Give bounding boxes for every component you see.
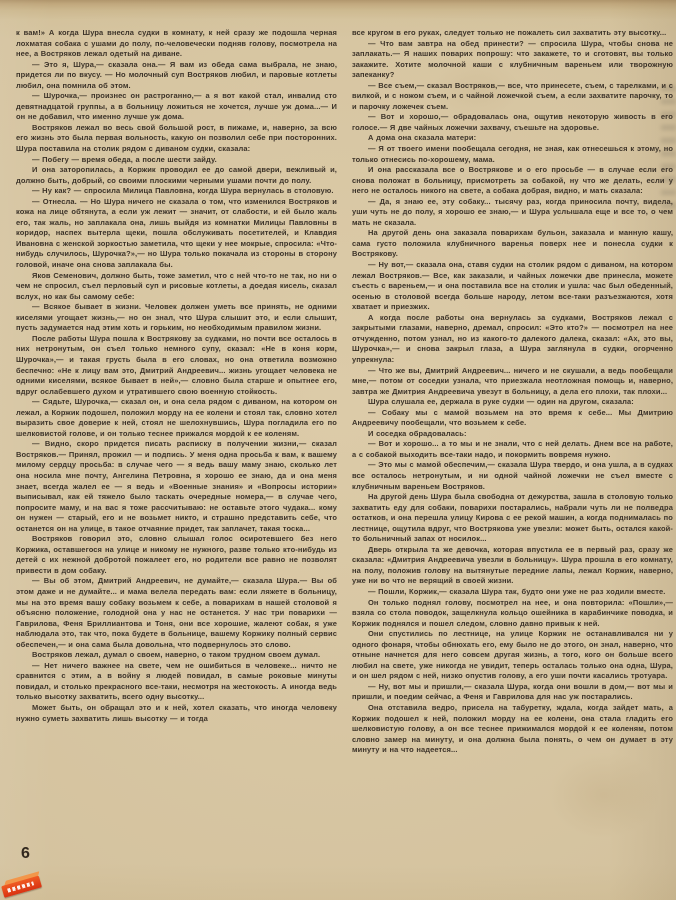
- paragraph: И она рассказала все о Вострякове и о ег…: [352, 165, 673, 197]
- paragraph: — Что вам завтра на обед принести? — спр…: [352, 39, 673, 81]
- paragraph: — Видно, скоро придется писать расписку …: [16, 439, 337, 534]
- paragraph: — Что же вы, Дмитрий Андреевич... ничего…: [352, 366, 673, 398]
- paragraph: — Нет ничего важнее на свете, чем не оши…: [16, 661, 337, 703]
- paragraph: — Ну как? — спросила Милица Павловна, ко…: [16, 186, 337, 197]
- paragraph: А когда после работы она вернулась за су…: [352, 313, 673, 366]
- logo-lettering: [7, 881, 34, 892]
- paragraph: — Собаку мы с мамой возьмем на это время…: [352, 408, 673, 429]
- paragraph: На другой день Шура была свободна от деж…: [352, 492, 673, 545]
- left-column: к вам!» А когда Шура внесла судки в комн…: [16, 28, 337, 756]
- paragraph: — Я от твоего имени пообещала сегодня, н…: [352, 144, 673, 165]
- paragraph: Шура слушала ее, держала в руке судки — …: [352, 397, 673, 408]
- paragraph: И соседка обрадовалась:: [352, 429, 673, 440]
- paragraph: — Вы об этом, Дмитрий Андреевич, не дума…: [16, 576, 337, 650]
- text-columns: к вам!» А когда Шура внесла судки в комн…: [16, 28, 673, 756]
- paper-stain: [548, 752, 660, 838]
- paragraph: Востряков лежал во весь свой большой рос…: [16, 123, 337, 155]
- paragraph: Он только поднял голову, посмотрел на не…: [352, 598, 673, 630]
- paragraph: — Ну, вот мы и пришли,— сказала Шура, ко…: [352, 682, 673, 703]
- paragraph: — Вот и хорошо... а то мы и не знали, чт…: [352, 439, 673, 460]
- paragraph: — Отнесла. — Но Шура ничего не сказала о…: [16, 197, 337, 271]
- paragraph: — Всякое бывает в жизни. Человек должен …: [16, 302, 337, 334]
- paragraph: — Сядьте, Шурочка,— сказал он, и она сел…: [16, 397, 337, 439]
- paragraph: к вам!» А когда Шура внесла судки в комн…: [16, 28, 337, 60]
- paragraph: Дверь открыла та же девочка, которая впу…: [352, 545, 673, 587]
- paragraph: — Шурочка,— произнес он растроганно,— а …: [16, 91, 337, 123]
- magazine-page: к вам!» А когда Шура внесла судки в комн…: [0, 0, 676, 900]
- paragraph: Востряков лежал, думал о своем, наверно,…: [16, 650, 337, 661]
- paragraph: — Ну вот,— сказала она, ставя судки на с…: [352, 260, 673, 313]
- paragraph: — Это я, Шура,— сказала она.— Я вам из о…: [16, 60, 337, 92]
- page-number: 6: [21, 845, 30, 863]
- paragraph: Может быть, он обращал это и к ней, хоте…: [16, 703, 337, 724]
- paragraph: Она отставила ведро, присела на табуретк…: [352, 703, 673, 756]
- paragraph: все кругом в его руках, следует только н…: [352, 28, 673, 39]
- paragraph: — Все съем,— сказал Востряков,— все, что…: [352, 81, 673, 113]
- paragraph: — Пошли, Коржик,— сказала Шура так, будт…: [352, 587, 673, 598]
- publisher-logo-icon: [0, 870, 48, 900]
- paragraph: После работы Шура пошла к Вострякову за …: [16, 334, 337, 397]
- paragraph: Востряков говорил это, словно слышал гол…: [16, 534, 337, 576]
- paragraph: — Побегу — время обеда, а после шести за…: [16, 155, 337, 166]
- paragraph: На другой день она заказала поварихам бу…: [352, 228, 673, 260]
- paragraph: — Это мы с мамой обеспечим,— сказала Шур…: [352, 460, 673, 492]
- right-column: все кругом в его руках, следует только н…: [352, 28, 673, 756]
- paragraph: И она заторопилась, а Коржик проводил ее…: [16, 165, 337, 186]
- paragraph: — Да, я знаю ее, эту собаку... тысячу ра…: [352, 197, 673, 229]
- paragraph: А дома она сказала матери:: [352, 133, 673, 144]
- paragraph: Они спустились по лестнице, на улице Кор…: [352, 629, 673, 682]
- paragraph: — Вот и хорошо,— обрадовалась она, ощути…: [352, 112, 673, 133]
- paragraph: Яков Семенович, должно быть, тоже замети…: [16, 271, 337, 303]
